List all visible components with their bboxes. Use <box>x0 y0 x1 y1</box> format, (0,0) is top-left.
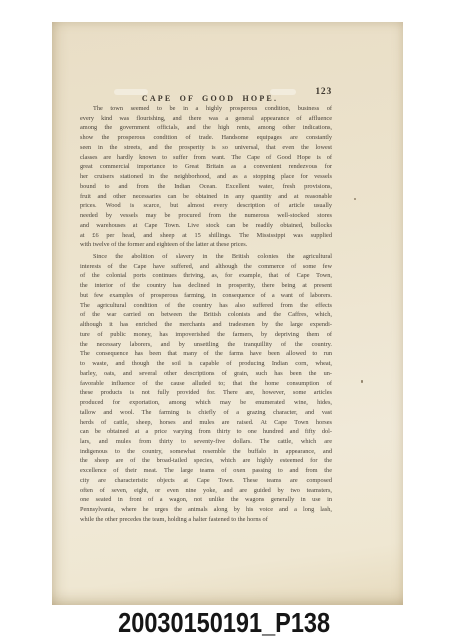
text-line: show the prosperous condition of trade. … <box>80 133 332 143</box>
text-line: ture of public money, has impoverished t… <box>80 330 332 340</box>
text-line: lars, and mules from thirty to seventy-f… <box>80 437 332 447</box>
text-line: The agricultural condition of the countr… <box>80 301 332 311</box>
text-line: fruit and other necessaries can be obtai… <box>80 192 332 202</box>
text-line: but few examples of prosperous farming, … <box>80 291 332 301</box>
image-caption: 20030150191_P138 <box>119 607 331 639</box>
text-line: every kind was flourishing, and there wa… <box>80 114 332 124</box>
text-line: tallow and wool. The farming is chiefly … <box>80 408 332 418</box>
text-line: the sheep are of the broad-tailed specie… <box>80 456 332 466</box>
text-line: often of seven, eight, or even nine yoke… <box>80 486 332 496</box>
caption-strip: 20030150191_P138 <box>0 605 449 640</box>
text-line: prices. Wood is scarce, but almost every… <box>80 201 332 211</box>
paragraph: The town seemed to be in a highly prospe… <box>80 104 332 250</box>
text-line: and warehouses at Cape Town. Live stock … <box>80 221 332 231</box>
text-line: interests of the Cape have suffered, and… <box>80 262 332 272</box>
running-title: CAPE OF GOOD HOPE. <box>142 94 278 103</box>
dust-speck <box>354 198 356 200</box>
text-line: one seated in front of a wagon, not unli… <box>80 495 332 505</box>
text-line: indigenous to the country, somewhat rese… <box>80 447 332 457</box>
text-line: to waste, and though the soil is capable… <box>80 359 332 369</box>
text-line: herds of cattle, sheep, horses and mules… <box>80 418 332 428</box>
text-line: these products is not fully provided for… <box>80 388 332 398</box>
text-line: while the other precedes the team, holdi… <box>80 515 332 525</box>
text-line: favorable influence of the cause alluded… <box>80 379 332 389</box>
text-line: although it has enriched the merchants a… <box>80 320 332 330</box>
text-line: seen in the streets, and the prosperity … <box>80 143 332 153</box>
text-line: the necessary laborers, and by unsettlin… <box>80 340 332 350</box>
text-line: great commercial importance to Great Bri… <box>80 162 332 172</box>
paragraph: Since the abolition of slavery in the Br… <box>80 252 332 525</box>
text-line: at £6 per head, and sheep at 15 shilling… <box>80 231 332 241</box>
text-line: The consequence has been that many of th… <box>80 349 332 359</box>
text-line: her cruisers stationed in the neighborho… <box>80 172 332 182</box>
text-line: of the war carried on between the Britis… <box>80 310 332 320</box>
text-line: barley, oats, and several other descript… <box>80 369 332 379</box>
page-text: The town seemed to be in a highly prospe… <box>80 104 332 525</box>
text-line: bound to and from the Indian Ocean. Exce… <box>80 182 332 192</box>
book-page: CAPE OF GOOD HOPE. 123 The town seemed t… <box>52 22 403 605</box>
dust-speck <box>361 380 363 383</box>
page-number: 123 <box>315 87 332 97</box>
text-line: classes are hardly known to suffer from … <box>80 153 332 163</box>
text-line: Pennsylvania, where he urges the animals… <box>80 505 332 515</box>
text-line: Since the abolition of slavery in the Br… <box>80 252 332 262</box>
text-line: produced for exportation, among which ma… <box>80 398 332 408</box>
text-line: among the government officials, and the … <box>80 123 332 133</box>
text-line: of the colonial ports continues thriving… <box>80 271 332 281</box>
text-line: excellence of their meat. The large team… <box>80 466 332 476</box>
text-line: can be obtained at a price varying from … <box>80 427 332 437</box>
text-line: needed by vessels may be procured from t… <box>80 211 332 221</box>
text-line: the interior of the country has declined… <box>80 281 332 291</box>
text-line: with twelve of the former and eighteen o… <box>80 240 332 250</box>
text-line: city are characteristic objects at Cape … <box>80 476 332 486</box>
scanned-photo-area: CAPE OF GOOD HOPE. 123 The town seemed t… <box>0 0 449 640</box>
text-line: The town seemed to be in a highly prospe… <box>80 104 332 114</box>
page-header: CAPE OF GOOD HOPE. 123 <box>80 88 332 101</box>
